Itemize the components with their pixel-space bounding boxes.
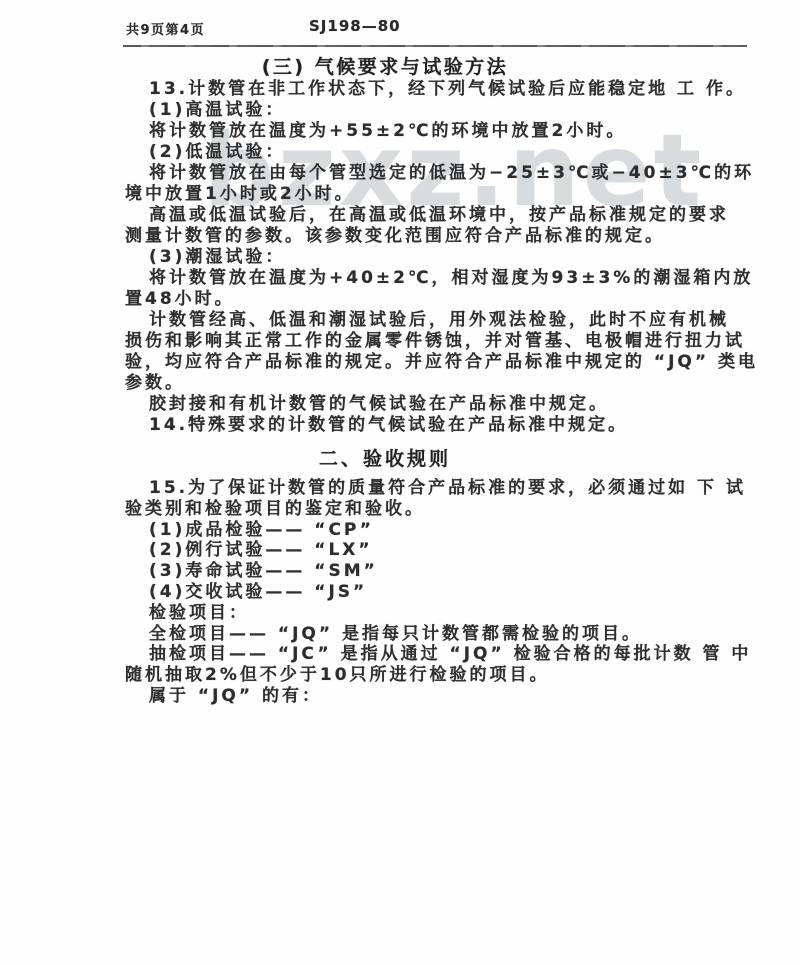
clause-line: 高温或低温试验后，在高温或低温环境中，按产品标准规定的要求 <box>125 205 715 226</box>
clause-line: 置48小时。 <box>125 289 715 310</box>
standard-number-label: SJ198—80 <box>309 17 401 35</box>
clause-line: 验类别和检验项目的鉴定和验收。 <box>125 499 715 520</box>
clause-line: 随机抽取2%但不少于10只所进行检验的项目。 <box>125 665 715 686</box>
clause-line: 15.为了保证计数管的质量符合产品标准的要求，必须通过如 下 试 <box>125 478 715 499</box>
clause-line: (1)成品检验—— “CP” <box>125 520 715 541</box>
header-rule <box>123 45 747 47</box>
clause-line: 抽检项目—— “JC” 是指从通过 “JQ” 检验合格的每批计数 管 中 <box>125 644 715 665</box>
clause-line: 检验项目： <box>125 603 715 624</box>
clause-line: 境中放置1小时或2小时。 <box>125 184 715 205</box>
clause-line: (3)寿命试验—— “SM” <box>125 561 715 582</box>
clause-line: 损伤和影响其正常工作的金属零件锈蚀，并对管基、电极帽进行扭力试 <box>125 331 715 352</box>
clause-line: 胶封接和有机计数管的气候试验在产品标准中规定。 <box>125 394 715 415</box>
clause-line: 将计数管放在温度为+40±2℃，相对湿度为93±3%的潮湿箱内放 <box>125 268 715 289</box>
clause-line: 测量计数管的参数。该参数变化范围应符合产品标准的规定。 <box>125 226 715 247</box>
clause-line: 属于 “JQ” 的有： <box>125 686 715 707</box>
acceptance-section-body: 15.为了保证计数管的质量符合产品标准的要求，必须通过如 下 试 验类别和检验项… <box>125 478 715 707</box>
climate-section-body: 13.计数管在非工作状态下，经下列气候试验后应能稳定地 工 作。 (1)高温试验… <box>125 79 715 436</box>
clause-line: 计数管经高、低温和潮湿试验后，用外观法检验，此时不应有机械 <box>125 310 715 331</box>
clause-line: (4)交收试验—— “JS” <box>125 582 715 603</box>
clause-line: (2)例行试验—— “LX” <box>125 540 715 561</box>
clause-line: 验，均应符合产品标准的规定。并应符合产品标准中规定的 “JQ” 类电 <box>125 352 715 373</box>
page-number-label: 共9页第4页 <box>126 19 205 38</box>
clause-line: (1)高温试验： <box>125 100 715 121</box>
acceptance-rules-title: 二、验收规则 <box>125 444 645 471</box>
clause-line: (2)低温试验： <box>125 142 715 163</box>
clause-line: 参数。 <box>125 373 715 394</box>
clause-line: 14.特殊要求的计数管的气候试验在产品标准中规定。 <box>125 415 715 436</box>
clause-line: 将计数管放在温度为+55±2℃的环境中放置2小时。 <box>125 121 715 142</box>
document-page: bzxz.net 共9页第4页 SJ198—80 (三) 气候要求与试验方法 1… <box>0 0 800 965</box>
clause-line: 将计数管放在由每个管型选定的低温为−25±3℃或−40±3℃的环 <box>125 163 715 184</box>
clause-line: 全检项目—— “JQ” 是指每只计数管都需检验的项目。 <box>125 624 715 645</box>
clause-line: 13.计数管在非工作状态下，经下列气候试验后应能稳定地 工 作。 <box>125 79 715 100</box>
clause-line: (3)潮湿试验： <box>125 247 715 268</box>
section-climate-title: (三) 气候要求与试验方法 <box>125 52 645 79</box>
